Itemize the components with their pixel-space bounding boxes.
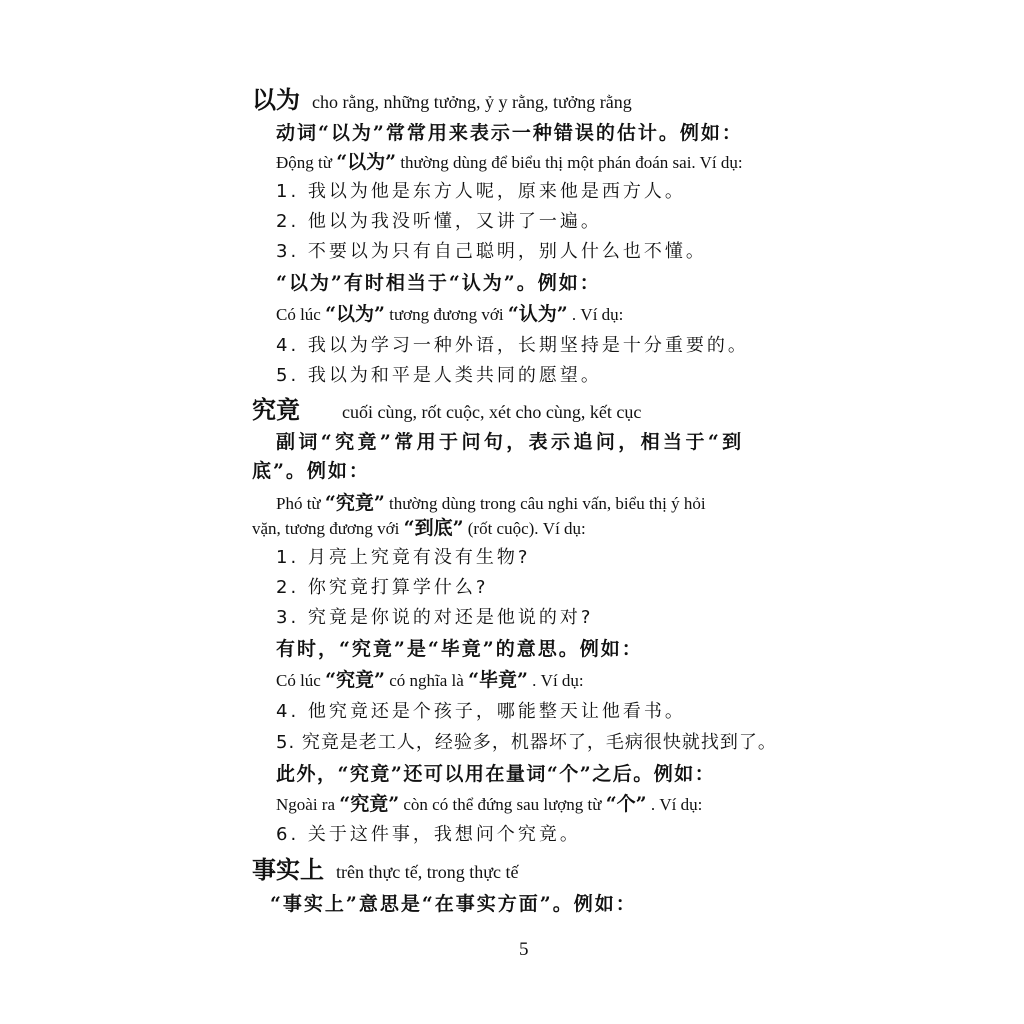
text: Động từ bbox=[276, 153, 336, 172]
explanation-vi: Có lúc “以为” tương đương với “认为” . Ví dụ… bbox=[276, 305, 623, 324]
quoted-term: “究竟” bbox=[339, 793, 399, 815]
headword-meaning: trên thực tế, trong thực tế bbox=[336, 862, 518, 882]
example-sentence: 5. 我以为和平是人类共同的愿望。 bbox=[276, 367, 602, 385]
explanation-zh: 有时，“究竟”是“毕竟”的意思。例如： bbox=[276, 640, 643, 659]
headword: 究竟 bbox=[252, 395, 300, 424]
example-sentence: 1. 月亮上究竟有没有生物? bbox=[276, 549, 530, 567]
text: . Ví dụ: bbox=[647, 795, 703, 814]
quoted-term: “毕竟” bbox=[468, 669, 528, 691]
text: . Ví dụ: bbox=[568, 305, 624, 324]
explanation-zh: “事实上”意思是“在事实方面”。例如： bbox=[270, 895, 637, 914]
quoted-term: “究竟” bbox=[325, 492, 385, 514]
text: Có lúc bbox=[276, 671, 325, 690]
text: Ngoài ra bbox=[276, 795, 339, 814]
explanation-vi: Ngoài ra “究竟” còn có thể đứng sau lượng … bbox=[276, 795, 702, 814]
quoted-term: “以为” bbox=[325, 303, 385, 325]
explanation-zh: 此外，“究竟”还可以用在量词“个”之后。例如： bbox=[276, 765, 715, 784]
example-sentence: 3. 不要以为只有自己聪明，别人什么也不懂。 bbox=[276, 243, 707, 261]
quoted-term: “个” bbox=[606, 793, 647, 815]
entry-heading-yiwei: 以为cho rằng, những tưởng, ỷ y rằng, tưởng… bbox=[252, 88, 632, 112]
explanation-vi: Động từ “以为” thường dùng để biểu thị một… bbox=[276, 153, 743, 172]
explanation-vi: Có lúc “究竟” có nghĩa là “毕竟” . Ví dụ: bbox=[276, 671, 584, 690]
document-page: 以为cho rằng, những tưởng, ỷ y rằng, tưởng… bbox=[0, 0, 1024, 1024]
example-sentence: 2. 你究竟打算学什么? bbox=[276, 579, 488, 597]
example-sentence: 5. 究竟是老工人，经验多，机器坏了，毛病很快就找到了。 bbox=[276, 734, 777, 752]
headword-meaning: cho rằng, những tưởng, ỷ y rằng, tưởng r… bbox=[312, 92, 632, 112]
quoted-term: “究竟” bbox=[325, 669, 385, 691]
explanation-vi-continued: vặn, tương đương với “到底” (rốt cuộc). Ví… bbox=[252, 519, 586, 538]
entry-heading-shishishang: 事实上trên thực tế, trong thực tế bbox=[252, 858, 518, 882]
headword: 以为 bbox=[252, 85, 300, 114]
explanation-zh: 副词“究竟”常用于问句，表示追问，相当于“到 bbox=[276, 433, 745, 452]
example-sentence: 2. 他以为我没听懂，又讲了一遍。 bbox=[276, 213, 602, 231]
example-sentence: 3. 究竟是你说的对还是他说的对? bbox=[276, 609, 593, 627]
text: thường dùng để biểu thị một phán đoán sa… bbox=[396, 153, 743, 172]
page-number: 5 bbox=[519, 940, 529, 959]
text: Phó từ bbox=[276, 494, 325, 513]
text: . Ví dụ: bbox=[528, 671, 584, 690]
example-sentence: 4. 我以为学习一种外语，长期坚持是十分重要的。 bbox=[276, 337, 749, 355]
explanation-vi: Phó từ “究竟” thường dùng trong câu nghi v… bbox=[276, 494, 706, 513]
explanation-zh-continued: 底”。例如： bbox=[252, 462, 370, 481]
text: vặn, tương đương với bbox=[252, 519, 404, 538]
explanation-zh: “以为”有时相当于“认为”。例如： bbox=[276, 274, 601, 293]
text: Có lúc bbox=[276, 305, 325, 324]
example-sentence: 4. 他究竟还是个孩子，哪能整天让他看书。 bbox=[276, 703, 686, 721]
example-sentence: 1. 我以为他是东方人呢，原来他是西方人。 bbox=[276, 183, 686, 201]
example-sentence: 6. 关于这件事，我想问个究竟。 bbox=[276, 826, 581, 844]
explanation-zh: 动词“以为”常常用来表示一种错误的估计。例如： bbox=[276, 124, 743, 143]
quoted-term: “认为” bbox=[508, 303, 568, 325]
headword-meaning: cuối cùng, rốt cuộc, xét cho cùng, kết c… bbox=[342, 402, 641, 422]
text: (rốt cuộc). Ví dụ: bbox=[464, 519, 586, 538]
headword: 事实上 bbox=[252, 855, 324, 884]
quoted-term: “以为” bbox=[336, 151, 396, 173]
quoted-term: “到底” bbox=[404, 517, 464, 539]
text: còn có thể đứng sau lượng từ bbox=[399, 795, 606, 814]
entry-heading-jiujing: 究竟cuối cùng, rốt cuộc, xét cho cùng, kết… bbox=[252, 398, 641, 422]
text: tương đương với bbox=[385, 305, 508, 324]
text: thường dùng trong câu nghi vấn, biểu thị… bbox=[385, 494, 706, 513]
text: có nghĩa là bbox=[385, 671, 468, 690]
